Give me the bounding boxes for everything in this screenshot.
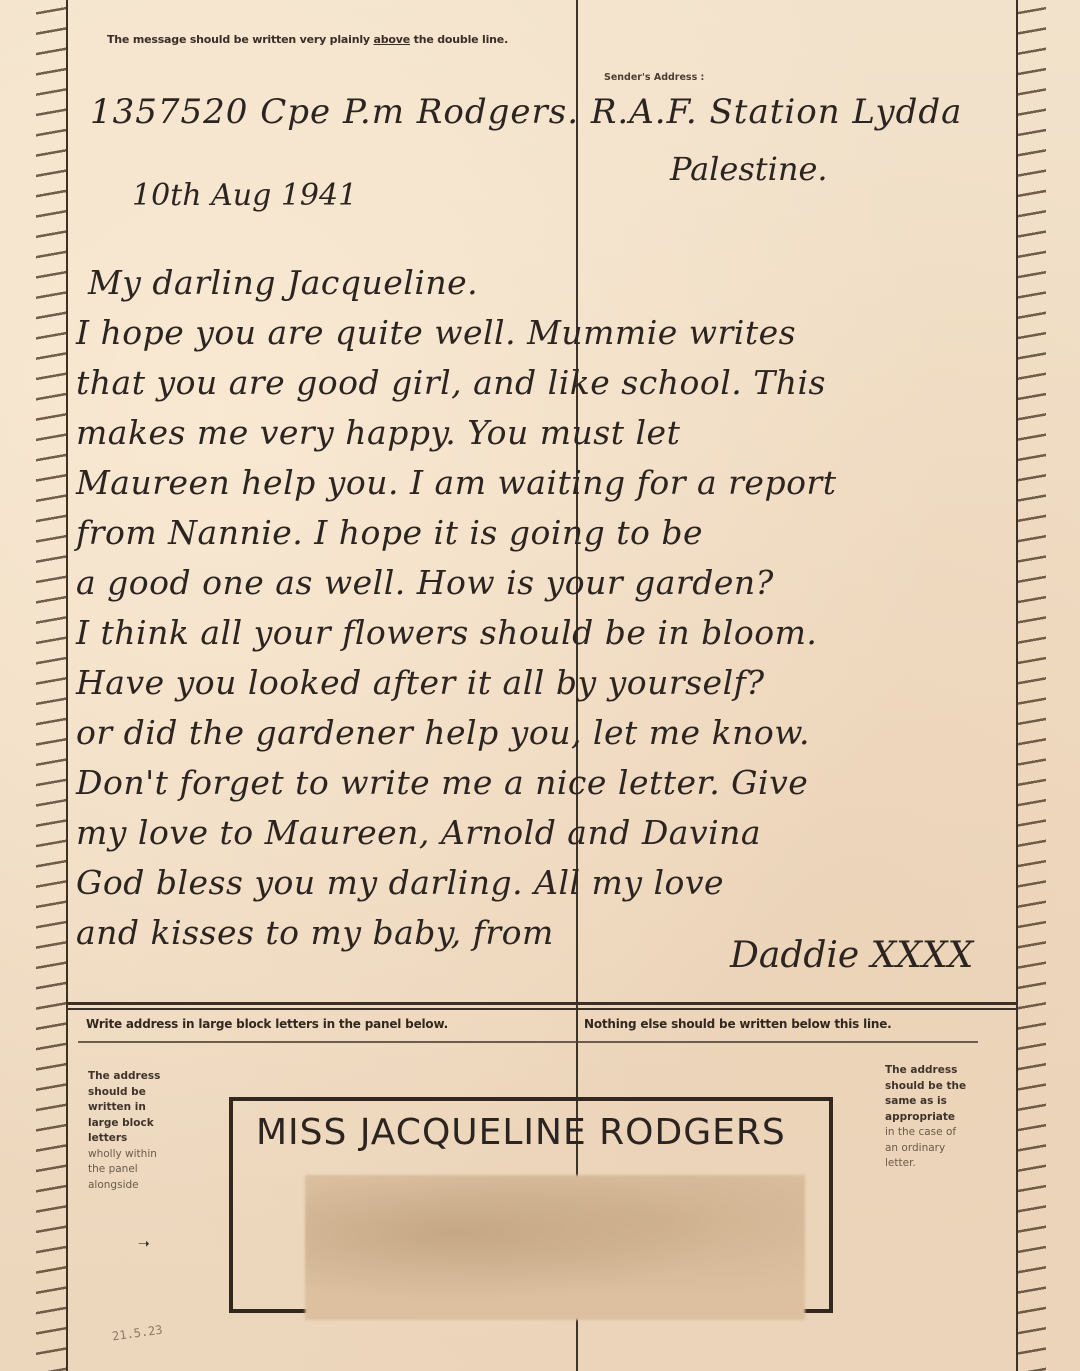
body-line: Have you looked after it all by yourself… bbox=[76, 658, 1011, 708]
right-border-line bbox=[1016, 0, 1018, 1371]
side-note-right: The address should be the same as is app… bbox=[885, 1063, 995, 1172]
top-instruction: The message should be written very plain… bbox=[107, 33, 508, 46]
body-line: my love to Maureen, Arnold and Davina bbox=[76, 808, 1011, 858]
address-instruction-right: Nothing else should be written below thi… bbox=[584, 1017, 892, 1031]
body-line: makes me very happy. You must let bbox=[76, 408, 1011, 458]
address-instruction-left: Write address in large block letters in … bbox=[86, 1017, 448, 1031]
body-line: I hope you are quite well. Mummie writes bbox=[76, 308, 1011, 358]
body-line: from Nannie. I hope it is going to be bbox=[76, 508, 1011, 558]
left-hatched-border bbox=[36, 0, 66, 1371]
sender-address-label: Sender's Address : bbox=[604, 72, 704, 83]
arrow-right-icon: ➝ bbox=[138, 1236, 150, 1252]
instruction-underline bbox=[78, 1041, 978, 1043]
side-note-left: The address should be written in large b… bbox=[88, 1069, 198, 1193]
signature: Daddie XXXX bbox=[730, 935, 973, 976]
body-line: a good one as well. How is your garden? bbox=[76, 558, 1011, 608]
redacted-address-block bbox=[305, 1175, 805, 1320]
letter-date: 10th Aug 1941 bbox=[132, 178, 357, 213]
double-line-divider bbox=[66, 1002, 1016, 1010]
body-line: I think all your flowers should be in bl… bbox=[76, 608, 1011, 658]
body-line: Maureen help you. I am waiting for a rep… bbox=[76, 458, 1011, 508]
left-border-line bbox=[66, 0, 68, 1371]
body-line: God bless you my darling. All my love bbox=[76, 858, 1011, 908]
sender-address: 1357520 Cpe P.m Rodgers. R.A.F. Station … bbox=[90, 92, 962, 132]
body-line: Don't forget to write me a nice letter. … bbox=[76, 758, 1011, 808]
right-hatched-border bbox=[1016, 0, 1046, 1371]
sender-address-country: Palestine. bbox=[670, 150, 828, 188]
salutation: My darling Jacqueline. bbox=[76, 258, 1011, 308]
body-line: that you are good girl, and like school.… bbox=[76, 358, 1011, 408]
letter-body: My darling Jacqueline. I hope you are qu… bbox=[76, 258, 1011, 958]
recipient-name: MISS JACQUELINE RODGERS bbox=[256, 1112, 786, 1153]
body-line: or did the gardener help you, let me kno… bbox=[76, 708, 1011, 758]
